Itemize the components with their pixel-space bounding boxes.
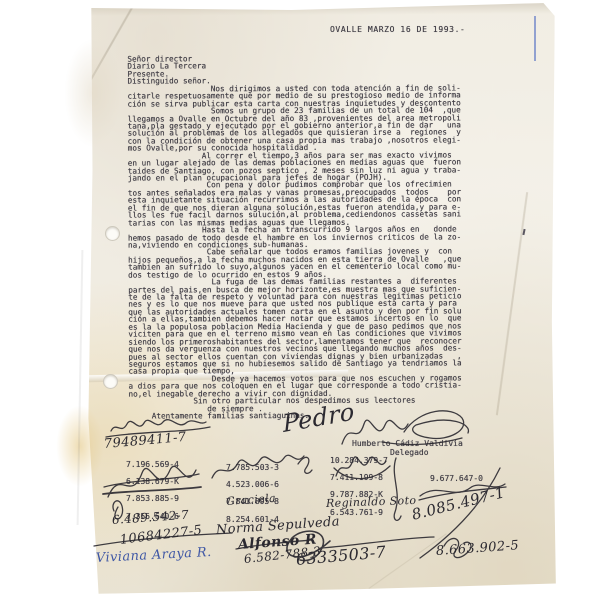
rut-number: 10.284.379-7 — [330, 452, 388, 469]
rut-number: 9.677.647-0 — [430, 470, 483, 487]
rut-number: 6.138.679-K — [126, 473, 179, 490]
rut-number: 7.853.885-9 — [126, 490, 179, 507]
rut-number: 7.785.503-3 — [226, 459, 279, 476]
paper-crease — [495, 192, 527, 415]
date-line: OVALLE MARZO 16 DE 1993.- — [330, 25, 465, 34]
letter-body: Señor directorDiario La TerceraPresente.… — [127, 54, 462, 420]
blue-pen-mark — [534, 16, 536, 61]
paper-crease — [85, 3, 555, 16]
scanned-letter: OVALLE MARZO 16 DE 1993.- Señor director… — [0, 0, 600, 600]
rut-column-3: 10.284.379-77.411.199-89.787.882-K6.543.… — [330, 452, 388, 521]
punch-hole — [103, 374, 118, 389]
delegate-title: Delegado — [390, 448, 429, 457]
punch-hole — [105, 226, 120, 241]
rut-number: 7.196.569-4 — [126, 456, 179, 473]
scan-streak — [77, 250, 84, 525]
rut-column-4: 9.677.647-0 — [430, 470, 483, 487]
rut-number: 7.411.199-8 — [330, 469, 388, 486]
delegate-name: Humberto Cádiz Valdivia — [352, 439, 463, 448]
